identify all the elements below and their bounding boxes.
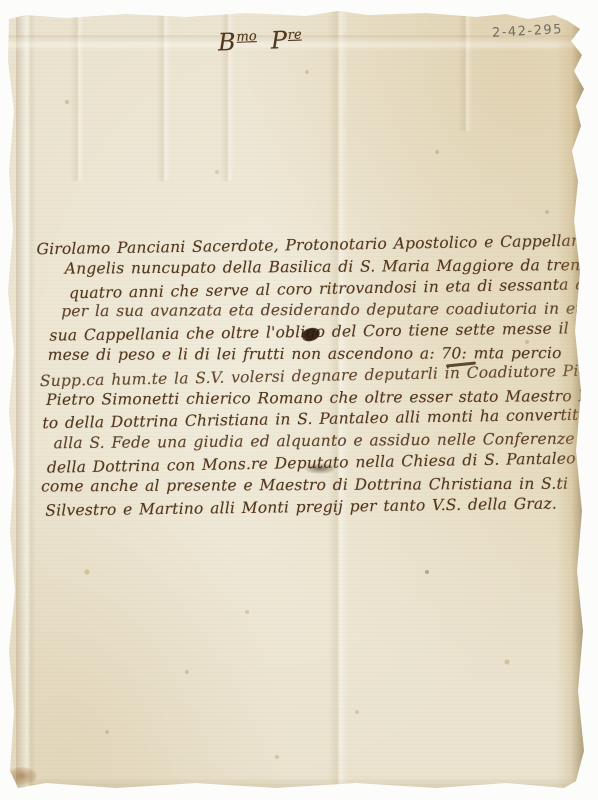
wrinkle: [156, 11, 170, 181]
salutation-initial-superscript: mo: [236, 29, 257, 45]
fold-crease-left: [16, 11, 36, 789]
salutation: BmoPre: [218, 26, 303, 57]
paper-speckles: [6, 11, 8, 13]
manuscript-text-block: Girolamo Panciani Sacerdote, Protonotari…: [34, 232, 583, 538]
wrinkle: [458, 11, 472, 131]
archive-number: 2-42-295: [492, 22, 564, 41]
wrinkle: [70, 11, 84, 181]
bottom-edge-shading: [6, 777, 584, 789]
ink-smudge: [304, 463, 336, 474]
manuscript-paper-sheet: 2-42-295 BmoPre Girolamo Panciani Sacerd…: [6, 11, 584, 789]
salutation-second-superscript: re: [288, 28, 302, 43]
salutation-second: P: [270, 26, 288, 55]
scanned-page: { "document": { "archive_number": "2-42-…: [0, 0, 598, 800]
salutation-initial: B: [218, 28, 238, 57]
torn-edge-shading: [556, 11, 584, 789]
